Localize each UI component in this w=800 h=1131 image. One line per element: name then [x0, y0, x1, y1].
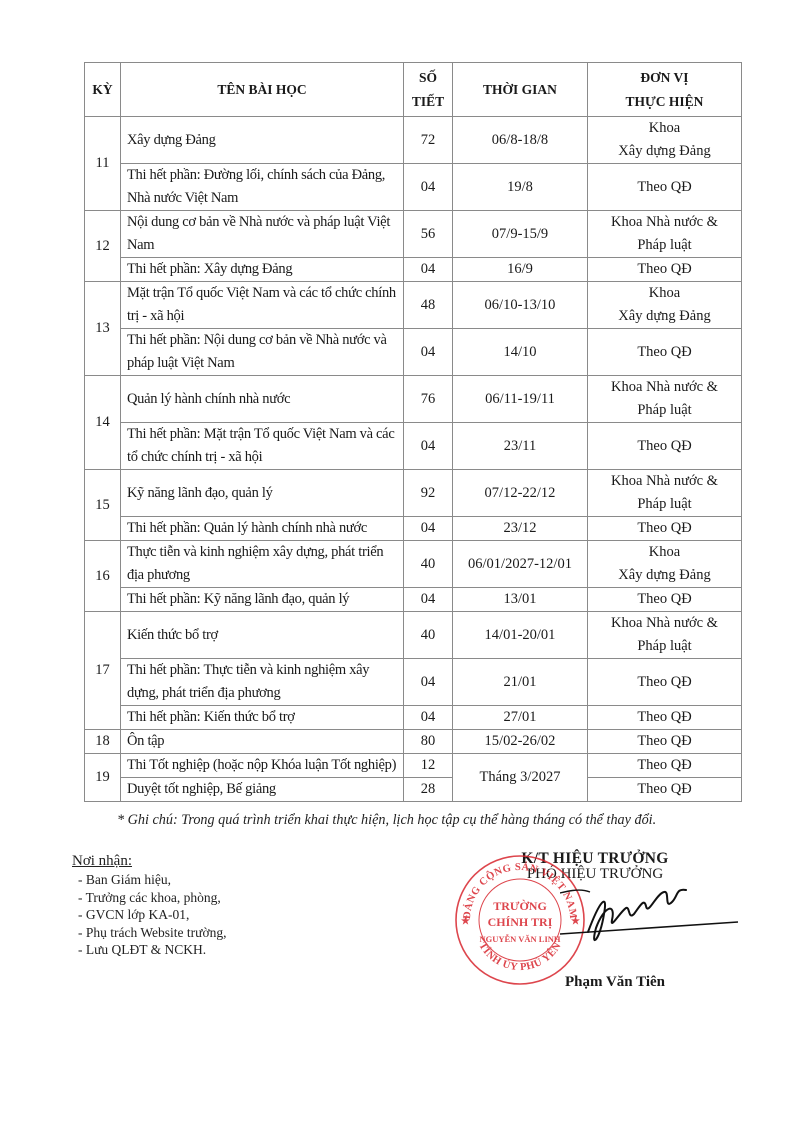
periods-cell: 40 — [404, 541, 453, 588]
lesson-name-cell: Mặt trận Tổ quốc Việt Nam và các tổ chức… — [121, 282, 404, 329]
unit-cell: Theo QĐ — [588, 659, 742, 706]
table-row: Thi hết phần: Nội dung cơ bản về Nhà nướ… — [85, 329, 742, 376]
table-row: Thi hết phần: Mặt trận Tổ quốc Việt Nam … — [85, 423, 742, 470]
header-ky: KỲ — [85, 63, 121, 117]
periods-cell: 04 — [404, 329, 453, 376]
recipient-item: - GVCN lớp KA-01, — [72, 906, 226, 924]
periods-cell: 80 — [404, 730, 453, 754]
table-row: Thi hết phần: Quản lý hành chính nhà nướ… — [85, 517, 742, 541]
header-tiet-line1: SỐ — [410, 66, 446, 90]
time-cell: 06/8-18/8 — [453, 117, 588, 164]
unit-cell: Theo QĐ — [588, 329, 742, 376]
header-unit-line1: ĐƠN VỊ — [594, 66, 735, 90]
document-page: KỲ TÊN BÀI HỌC SỐ TIẾT THỜI GIAN ĐƠN VỊ … — [0, 0, 800, 1131]
recipient-item: - Phụ trách Website trường, — [72, 924, 226, 942]
term-cell: 16 — [85, 541, 121, 612]
time-cell: 23/12 — [453, 517, 588, 541]
seal-bottom-text: TỈNH ỦY PHÚ YÊN — [476, 941, 563, 973]
table-row: Duyệt tốt nghiệp, Bế giảng28Theo QĐ — [85, 778, 742, 802]
table-row: 19Thi Tốt nghiệp (hoặc nộp Khóa luận Tốt… — [85, 754, 742, 778]
lesson-name-cell: Kiến thức bổ trợ — [121, 612, 404, 659]
lesson-name-cell: Thi hết phần: Xây dựng Đảng — [121, 258, 404, 282]
table-row: 17Kiến thức bổ trợ4014/01-20/01Khoa Nhà … — [85, 612, 742, 659]
unit-cell: Theo QĐ — [588, 164, 742, 211]
periods-cell: 04 — [404, 164, 453, 211]
time-cell: 14/01-20/01 — [453, 612, 588, 659]
recipient-item: - Ban Giám hiệu, — [72, 871, 226, 889]
svg-text:★: ★ — [571, 916, 580, 927]
unit-cell: KhoaXây dựng Đảng — [588, 282, 742, 329]
time-cell: 07/12-22/12 — [453, 470, 588, 517]
time-cell: 27/01 — [453, 706, 588, 730]
time-cell: 19/8 — [453, 164, 588, 211]
periods-cell: 04 — [404, 423, 453, 470]
periods-cell: 76 — [404, 376, 453, 423]
term-cell: 18 — [85, 730, 121, 754]
svg-text:TRƯỜNG: TRƯỜNG — [493, 899, 547, 913]
header-name: TÊN BÀI HỌC — [121, 63, 404, 117]
lesson-name-cell: Thi hết phần: Kỹ năng lãnh đạo, quản lý — [121, 588, 404, 612]
unit-cell: Theo QĐ — [588, 754, 742, 778]
lesson-name-cell: Kỹ năng lãnh đạo, quản lý — [121, 470, 404, 517]
time-cell: 13/01 — [453, 588, 588, 612]
term-cell: 12 — [85, 211, 121, 282]
term-cell: 17 — [85, 612, 121, 730]
header-tiet: SỐ TIẾT — [404, 63, 453, 117]
recipients-block: Nơi nhận: - Ban Giám hiệu, - Trưởng các … — [72, 853, 226, 959]
time-cell: 21/01 — [453, 659, 588, 706]
unit-cell: Theo QĐ — [588, 778, 742, 802]
time-cell: Tháng 3/2027 — [453, 754, 588, 802]
lesson-name-cell: Thi Tốt nghiệp (hoặc nộp Khóa luận Tốt n… — [121, 754, 404, 778]
unit-cell: Khoa Nhà nước &Pháp luật — [588, 211, 742, 258]
periods-cell: 56 — [404, 211, 453, 258]
table-row: 14Quản lý hành chính nhà nước7606/11-19/… — [85, 376, 742, 423]
lesson-name-cell: Thi hết phần: Thực tiễn và kinh nghiệm x… — [121, 659, 404, 706]
term-cell: 14 — [85, 376, 121, 470]
table-row: Thi hết phần: Kỹ năng lãnh đạo, quản lý0… — [85, 588, 742, 612]
svg-text:CHÍNH TRỊ: CHÍNH TRỊ — [488, 915, 553, 929]
schedule-table: KỲ TÊN BÀI HỌC SỐ TIẾT THỜI GIAN ĐƠN VỊ … — [84, 62, 742, 802]
periods-cell: 92 — [404, 470, 453, 517]
term-cell: 13 — [85, 282, 121, 376]
header-time: THỜI GIAN — [453, 63, 588, 117]
time-cell: 15/02-26/02 — [453, 730, 588, 754]
unit-cell: Theo QĐ — [588, 730, 742, 754]
header-tiet-line2: TIẾT — [410, 90, 446, 114]
table-row: Thi hết phần: Kiến thức bổ trợ0427/01The… — [85, 706, 742, 730]
unit-cell: KhoaXây dựng Đảng — [588, 541, 742, 588]
lesson-name-cell: Thực tiễn và kinh nghiệm xây dựng, phát … — [121, 541, 404, 588]
time-cell: 23/11 — [453, 423, 588, 470]
periods-cell: 04 — [404, 517, 453, 541]
unit-cell: Theo QĐ — [588, 258, 742, 282]
lesson-name-cell: Thi hết phần: Quản lý hành chính nhà nướ… — [121, 517, 404, 541]
lesson-name-cell: Duyệt tốt nghiệp, Bế giảng — [121, 778, 404, 802]
table-row: 16Thực tiễn và kinh nghiệm xây dựng, phá… — [85, 541, 742, 588]
table-row: Thi hết phần: Xây dựng Đảng0416/9Theo QĐ — [85, 258, 742, 282]
table-row: Thi hết phần: Đường lối, chính sách của … — [85, 164, 742, 211]
recipient-item: - Trưởng các khoa, phòng, — [72, 889, 226, 907]
time-cell: 06/11-19/11 — [453, 376, 588, 423]
lesson-name-cell: Thi hết phần: Đường lối, chính sách của … — [121, 164, 404, 211]
unit-cell: Theo QĐ — [588, 423, 742, 470]
signer-name: Phạm Văn Tiên — [470, 974, 720, 991]
header-unit: ĐƠN VỊ THỰC HIỆN — [588, 63, 742, 117]
term-cell: 19 — [85, 754, 121, 802]
unit-cell: Khoa Nhà nước &Pháp luật — [588, 612, 742, 659]
table-row: 13Mặt trận Tổ quốc Việt Nam và các tổ ch… — [85, 282, 742, 329]
lesson-name-cell: Thi hết phần: Nội dung cơ bản về Nhà nướ… — [121, 329, 404, 376]
table-row: Thi hết phần: Thực tiễn và kinh nghiệm x… — [85, 659, 742, 706]
lesson-name-cell: Quản lý hành chính nhà nước — [121, 376, 404, 423]
time-cell: 06/10-13/10 — [453, 282, 588, 329]
schedule-body: 11Xây dựng Đảng7206/8-18/8KhoaXây dựng Đ… — [85, 117, 742, 802]
term-cell: 15 — [85, 470, 121, 541]
lesson-name-cell: Thi hết phần: Kiến thức bổ trợ — [121, 706, 404, 730]
time-cell: 06/01/2027-12/01 — [453, 541, 588, 588]
periods-cell: 28 — [404, 778, 453, 802]
lesson-name-cell: Xây dựng Đảng — [121, 117, 404, 164]
periods-cell: 04 — [404, 706, 453, 730]
unit-cell: Khoa Nhà nước &Pháp luật — [588, 470, 742, 517]
unit-cell: Khoa Nhà nước &Pháp luật — [588, 376, 742, 423]
svg-text:TỈNH ỦY PHÚ YÊN: TỈNH ỦY PHÚ YÊN — [476, 941, 563, 973]
svg-text:NGUYỄN VĂN LINH: NGUYỄN VĂN LINH — [479, 934, 560, 944]
periods-cell: 40 — [404, 612, 453, 659]
table-row: 12Nội dung cơ bản về Nhà nước và pháp lu… — [85, 211, 742, 258]
unit-cell: Theo QĐ — [588, 517, 742, 541]
periods-cell: 48 — [404, 282, 453, 329]
signer-subtitle: PHÓ HIỆU TRƯỞNG — [470, 866, 720, 883]
handwritten-signature-icon — [560, 880, 740, 960]
time-cell: 16/9 — [453, 258, 588, 282]
periods-cell: 04 — [404, 588, 453, 612]
periods-cell: 04 — [404, 659, 453, 706]
time-cell: 14/10 — [453, 329, 588, 376]
periods-cell: 12 — [404, 754, 453, 778]
lesson-name-cell: Thi hết phần: Mặt trận Tổ quốc Việt Nam … — [121, 423, 404, 470]
unit-cell: Theo QĐ — [588, 706, 742, 730]
footnote: * Ghi chú: Trong quá trình triển khai th… — [117, 812, 656, 829]
table-row: 11Xây dựng Đảng7206/8-18/8KhoaXây dựng Đ… — [85, 117, 742, 164]
recipients-title: Nơi nhận: — [72, 853, 226, 870]
signature-block: K/T HIỆU TRƯỞNG PHÓ HIỆU TRƯỞNG Phạm Văn… — [470, 850, 720, 883]
periods-cell: 72 — [404, 117, 453, 164]
svg-text:★: ★ — [461, 916, 470, 927]
lesson-name-cell: Nội dung cơ bản về Nhà nước và pháp luật… — [121, 211, 404, 258]
lesson-name-cell: Ôn tập — [121, 730, 404, 754]
header-unit-line2: THỰC HIỆN — [594, 90, 735, 114]
table-row: 15Kỹ năng lãnh đạo, quản lý9207/12-22/12… — [85, 470, 742, 517]
periods-cell: 04 — [404, 258, 453, 282]
term-cell: 11 — [85, 117, 121, 211]
unit-cell: Theo QĐ — [588, 588, 742, 612]
recipient-item: - Lưu QLĐT & NCKH. — [72, 941, 226, 959]
time-cell: 07/9-15/9 — [453, 211, 588, 258]
table-row: 18Ôn tập8015/02-26/02Theo QĐ — [85, 730, 742, 754]
unit-cell: KhoaXây dựng Đảng — [588, 117, 742, 164]
table-header-row: KỲ TÊN BÀI HỌC SỐ TIẾT THỜI GIAN ĐƠN VỊ … — [85, 63, 742, 117]
